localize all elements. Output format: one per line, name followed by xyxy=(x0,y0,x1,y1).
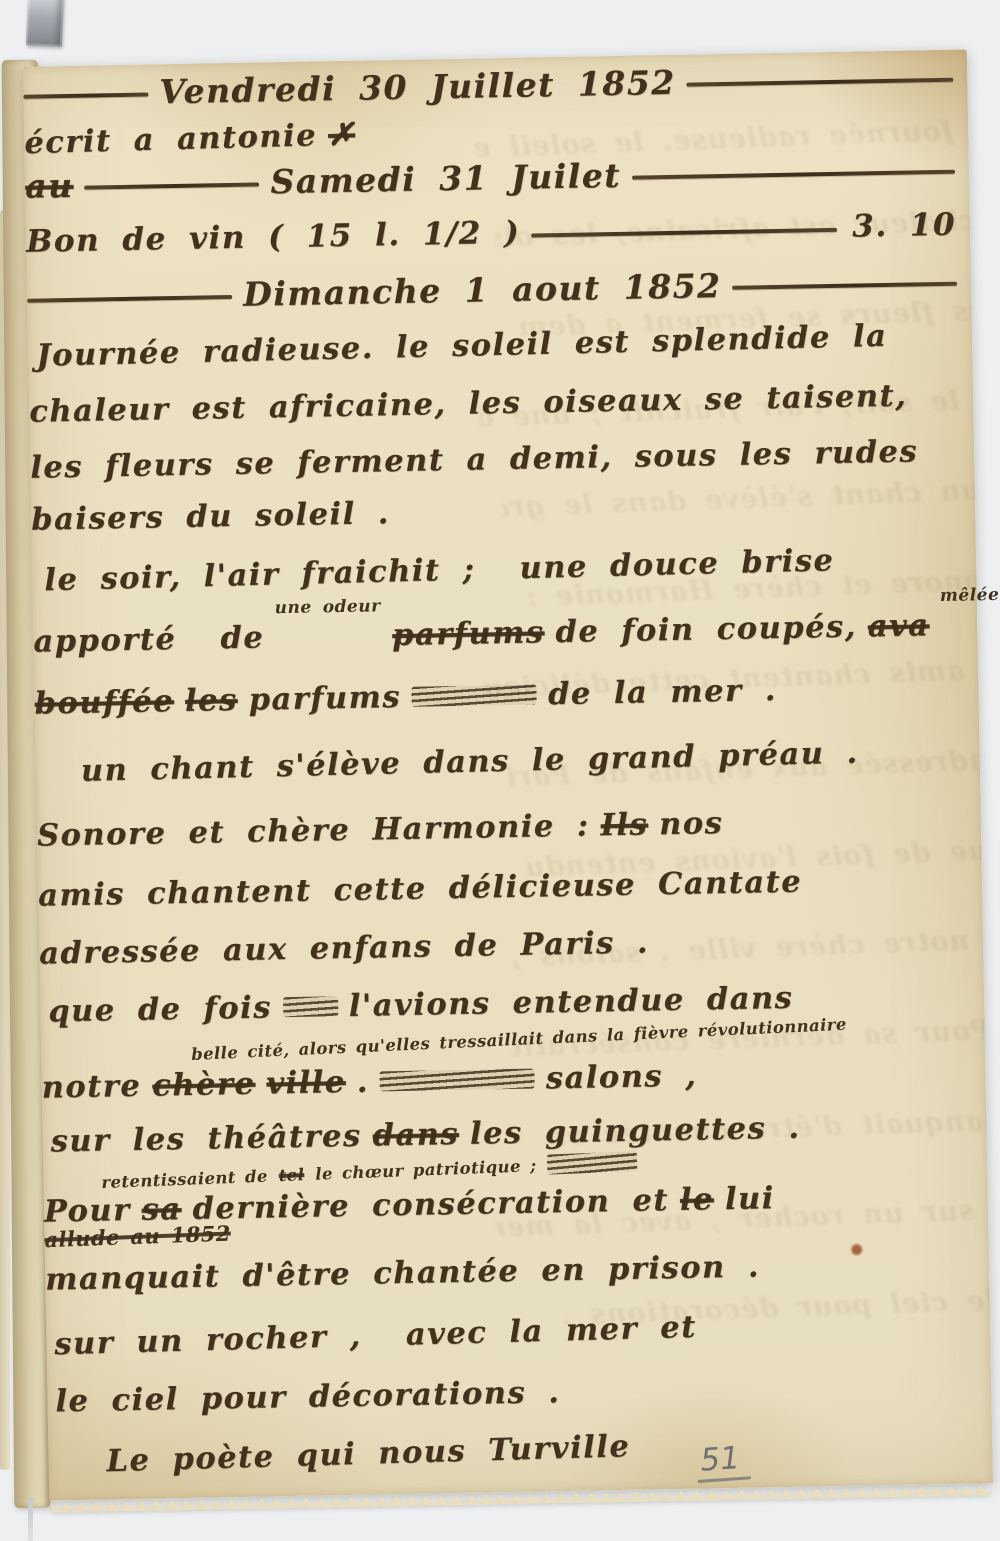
struck-word: le xyxy=(680,1181,715,1218)
handwriting-text: baisers du soleil . xyxy=(31,495,390,538)
interlinear-insert: odeur xyxy=(323,596,381,617)
ledger-amount: 3. 10 xyxy=(852,207,956,245)
handwriting-text: un chant s'élève dans le grand préau . xyxy=(80,735,859,789)
scan-artifact-line xyxy=(28,1498,33,1541)
handwriting-text: lui xyxy=(725,1180,776,1217)
para-chant-2: Sonore et chère Harmonie :Ilsnos xyxy=(37,796,724,863)
handwriting-text: le soir, l'air fraichit ; une douce bris… xyxy=(44,542,835,598)
struck-word: dans xyxy=(372,1116,459,1154)
ink-rule xyxy=(733,282,958,290)
struck-word: allude au 1852 xyxy=(44,1220,231,1252)
handwriting-text: parfums xyxy=(248,679,401,718)
ink-rule xyxy=(531,228,837,238)
handwriting-text: . xyxy=(356,1064,369,1100)
handwriting-text: Sonore et chère Harmonie : xyxy=(37,808,590,854)
handwriting-text: sur un rocher , avec la mer et xyxy=(54,1309,697,1362)
handwriting-text: Samedi 31 Juilet xyxy=(270,155,621,200)
heading-vendredi: Vendredi 30 Juillet 1852 xyxy=(23,50,954,121)
struck-word: ava xyxy=(867,607,929,644)
interlinear-insert: une xyxy=(275,598,312,619)
ink-rule xyxy=(23,92,148,98)
handwriting-text: de foin coupés, xyxy=(555,609,857,651)
handwriting-text: que de fois xyxy=(48,989,272,1029)
page-number-pencil: 51 xyxy=(695,1442,751,1483)
handwriting-text: notre xyxy=(41,1068,141,1106)
para-soir-1: le soir, l'air fraichit ; une douce bris… xyxy=(44,533,835,607)
scratched-out-word xyxy=(547,1151,638,1175)
handwriting-text: chaleur est africaine, les oiseaux se ta… xyxy=(29,378,908,430)
struck-word: les xyxy=(185,682,238,719)
handwriting-text: Dimanche 1 aout 1852 xyxy=(243,266,722,314)
handwriting-text: les guinguettes . xyxy=(470,1110,801,1152)
struck-word: au xyxy=(25,165,74,205)
paper: Journée radieuse. le soleil est splendid… xyxy=(23,49,993,1500)
handwriting-text: Journée radieuse. le soleil est splendid… xyxy=(36,318,888,374)
interlinear-insert: mêlée aux xyxy=(940,584,1000,606)
handwriting-text: adressée aux enfans de Paris . xyxy=(39,924,649,971)
scratched-out-word xyxy=(412,684,537,706)
ink-rule xyxy=(632,170,955,180)
handwriting-text: Bon de vin ( 15 l. 1/2 ) xyxy=(26,215,521,260)
para-rocher-1: sur un rocher , avec la mer et xyxy=(54,1300,698,1371)
ink-rule xyxy=(27,295,232,303)
scratched-out-word xyxy=(283,996,338,1017)
struck-word: parfums xyxy=(392,614,545,653)
handwriting-text: nos xyxy=(659,805,724,842)
para-chant-1: un chant s'élève dans le grand préau . xyxy=(80,726,859,798)
handwriting-text: les fleurs se ferment a demi, sous les r… xyxy=(30,433,918,485)
struck-word: bouffée xyxy=(34,683,174,722)
struck-word: ville xyxy=(266,1064,346,1101)
struck-word: ✗ xyxy=(328,116,356,153)
handwriting-text: amis chantent cette délicieuse Cantate xyxy=(38,864,803,914)
handwriting-text: le ciel pour décorations . xyxy=(55,1374,561,1419)
handwriting-text: apporté de xyxy=(33,619,264,659)
ink-rule xyxy=(85,182,260,189)
para-soir-2: apporté deuneodeurparfumsde foin coupés,… xyxy=(33,596,1000,668)
manuscript-scan: Journée radieuse. le soleil est splendid… xyxy=(0,0,1000,1541)
para-chant-3: amis chantent cette délicieuse Cantate xyxy=(38,855,803,923)
handwriting-text: salons , xyxy=(545,1058,697,1097)
para-rocher-2: le ciel pour décorations . xyxy=(55,1365,561,1428)
handwriting-text: de la mer . xyxy=(548,672,777,712)
handwriting-text: sur les théâtres xyxy=(50,1118,362,1160)
metal-clip xyxy=(26,0,64,47)
handwriting-text: Vendredi 30 Juillet 1852 xyxy=(159,62,676,110)
scratched-out-word xyxy=(380,1069,535,1092)
scan-background: { "document": { "kind": "handwritten dia… xyxy=(0,0,1000,1541)
ink-rule xyxy=(687,78,954,87)
handwriting-text: dernière consécration et xyxy=(192,1182,669,1227)
struck-word: Ils xyxy=(600,806,648,843)
struck-word: chère xyxy=(152,1066,256,1104)
para-chant-4: adressée aux enfans de Paris . xyxy=(39,915,650,980)
handwriting-text: Le poète qui nous Turville xyxy=(106,1428,631,1479)
para-journee-4: baisers du soleil . xyxy=(31,486,391,547)
para-soir-3: boufféelesparfumsde la mer . xyxy=(34,663,777,731)
struck-note-1852: allude au 1852 xyxy=(44,1220,231,1253)
para-consecration-2: manquait d'être chantée en prison . xyxy=(45,1239,761,1306)
para-poete: Le poète qui nous Turville xyxy=(106,1419,631,1488)
manuscript-lines: Vendredi 30 Juillet 1852écrit a antonie✗… xyxy=(23,49,993,1500)
handwriting-text: manquait d'être chantée en prison . xyxy=(45,1248,760,1297)
